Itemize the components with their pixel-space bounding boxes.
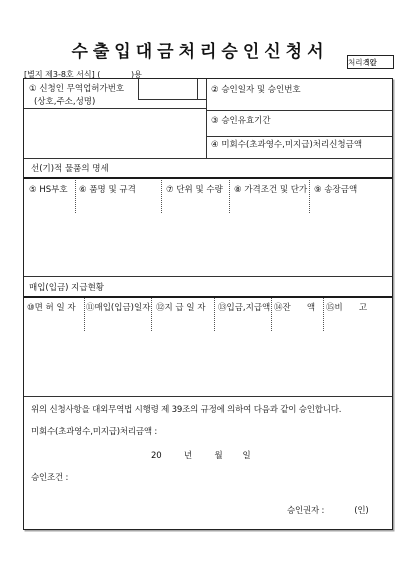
payment-col-separator (271, 298, 272, 331)
goods-col-price-terms: ⑧ 가격조건 및 단가 (234, 185, 307, 196)
payment-col-payment-date: ⑫지 급 일 자 (156, 303, 205, 314)
processing-period-label: 처리기간 (348, 56, 377, 69)
payment-col-amount: ⑬입금,지급액 (218, 303, 270, 314)
approval-statement: 위의 신청사항을 대외무역법 시행령 제 39조의 규정에 의하여 다음과 같이… (31, 405, 341, 416)
payment-col-license-date: ⑩면 허 일 자 (27, 303, 76, 314)
applicant-name-address-label: (상호,주소,성명) (34, 97, 95, 108)
section-divider (24, 158, 392, 159)
payment-section-title: 매입(입금) 지급현황 (29, 283, 104, 294)
unrecovered-request-amount-label: ④ 미회수(초과영수,미지급)처리신청금액 (211, 140, 362, 151)
processing-period-box: 처리기간 3일 (347, 55, 394, 69)
payment-col-separator (323, 298, 324, 331)
payment-col-separator (151, 298, 152, 331)
approval-date-number-label: ② 승인일자 및 승인번호 (211, 85, 301, 96)
applicant-license-number-label: ① 신청인 무역업허가번호 (29, 84, 124, 95)
payment-header-divider (24, 296, 392, 298)
goods-col-separator (161, 180, 162, 213)
goods-col-separator (309, 180, 310, 213)
goods-col-separator (75, 180, 76, 213)
goods-col-unit-qty: ⑦ 단위 및 수량 (166, 185, 223, 196)
approval-date-line: 20 년 월 일 (151, 451, 251, 462)
payment-col-remarks: ⑮비 고 (326, 303, 367, 314)
approver-signature-label: 승인권자 : (인) (287, 506, 368, 517)
goods-col-hs-code: ⑤ HS부호 (29, 185, 68, 196)
license-entry-box-right-border (197, 79, 198, 99)
goods-col-invoice-amount: ⑨ 송장금액 (314, 185, 357, 196)
payment-col-balance: ⑭잔 액 (274, 303, 315, 314)
row-divider (206, 136, 392, 137)
payment-col-purchase-date: ⑪매입(입금)일자 (86, 303, 150, 314)
payment-col-separator (84, 298, 85, 331)
application-form-table: ① 신청인 무역업허가번호 (상호,주소,성명) ② 승인일자 및 승인번호 ③… (23, 78, 393, 530)
section-divider (24, 276, 392, 277)
applicant-cell-divider (24, 108, 206, 109)
page-title: 수출입대금처리승인신청서 (0, 37, 400, 62)
row-divider (206, 110, 392, 111)
approval-validity-label: ③ 승인유효기간 (211, 116, 271, 127)
goods-col-separator (229, 180, 230, 213)
goods-col-item-spec: ⑥ 품명 및 규격 (79, 185, 136, 196)
column-divider (206, 79, 207, 158)
license-entry-box-left-border (138, 79, 139, 99)
section-divider (24, 396, 392, 397)
payment-col-separator (214, 298, 215, 331)
goods-section-title: 선(기)적 물품의 명세 (31, 164, 109, 175)
license-entry-box-bottom-border (138, 99, 206, 100)
goods-header-divider (24, 177, 392, 179)
approval-amount-label: 미회수(초과영수,미지급)처리금액 : (31, 427, 157, 438)
approval-condition-label: 승인조건 : (31, 473, 68, 484)
